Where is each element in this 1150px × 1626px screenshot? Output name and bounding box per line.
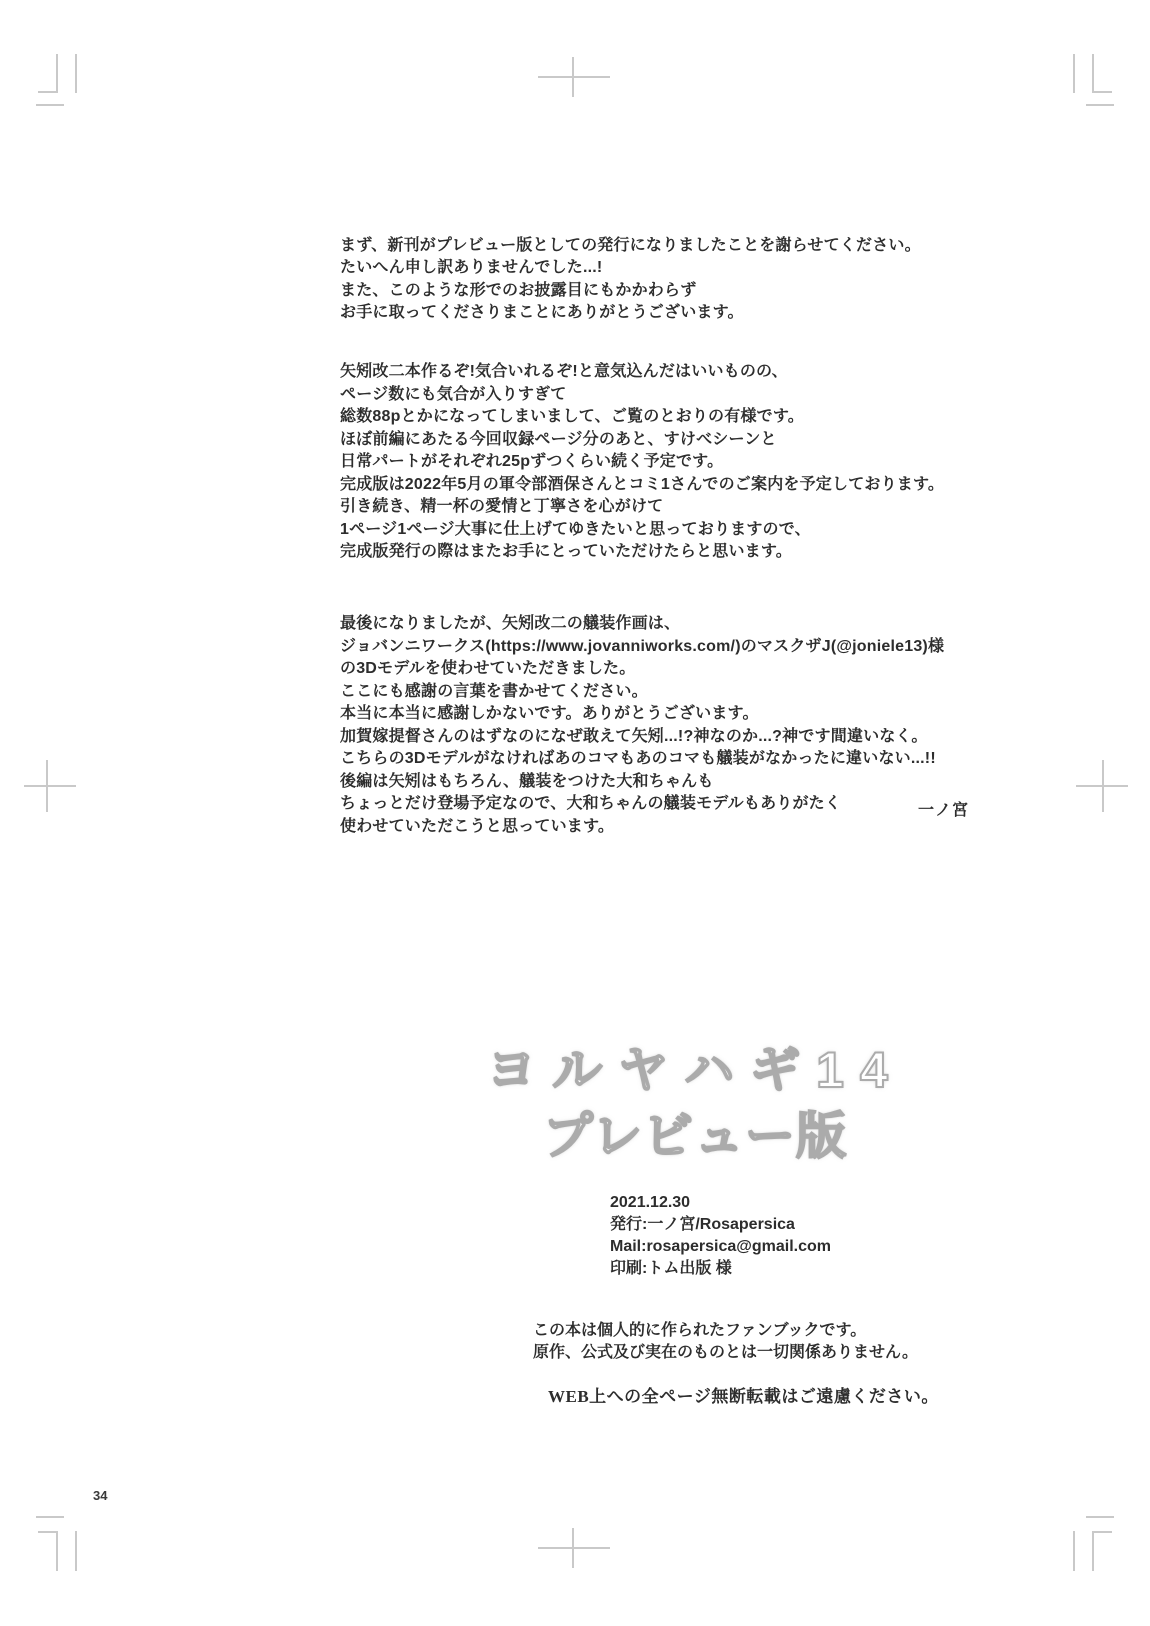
book-title: ヨルヤハギ14 プレビュー版 [420,1042,970,1164]
trim-mark-top-left [38,91,58,93]
trim-mark-top-right [1073,54,1075,93]
afterword-paragraph-credits: 最後になりましたが、矢矧改二の艤装作画は、 ジョバンニワークス(https://… [340,613,990,838]
afterword-text: まず、新刊がプレビュー版としての発行になりましたことを謝らせてください。 たいへ… [340,212,990,861]
doujinshi-afterword-page: まず、新刊がプレビュー版としての発行になりましたことを謝らせてください。 たいへ… [0,0,1150,1626]
trim-mark-bottom-left [75,1531,77,1571]
author-signature: 一ノ宮 [918,797,969,820]
fanbook-disclaimer: この本は個人的に作られたファンブックです。 原作、公式及び実在のものとは一切関係… [533,1320,918,1364]
afterword-paragraph-book-plan: 矢矧改二本作るぞ!気合いれるぞ!と意気込んだはいいものの、 ページ数にも気合が入… [340,361,990,564]
trim-mark-bottom-right [1092,1531,1094,1571]
trim-mark-top-left [36,104,64,106]
trim-mark-bottom-right [1073,1531,1075,1571]
trim-mark-right-center [1102,760,1104,812]
trim-mark-top-center [572,57,574,97]
trim-mark-bottom-right [1086,1516,1114,1518]
page-number: 34 [93,1488,107,1503]
trim-mark-bottom-left [56,1531,58,1571]
book-title-line-1: ヨルヤハギ14 [420,1042,970,1098]
web-reproduction-notice: WEB上への全ページ無断転載はご遠慮ください。 [548,1382,939,1407]
trim-mark-bottom-right [1092,1531,1112,1533]
trim-mark-bottom-left [36,1516,64,1518]
trim-mark-top-right [1092,54,1094,93]
trim-mark-bottom-left [38,1531,58,1533]
book-title-line-2: プレビュー版 [420,1108,970,1164]
trim-mark-bottom-center [572,1528,574,1568]
trim-mark-top-right [1092,91,1112,93]
publication-info: 2021.12.30 発行:一ノ宮/Rosapersica Mail:rosap… [610,1192,831,1280]
afterword-paragraph-apology: まず、新刊がプレビュー版としての発行になりましたことを謝らせてください。 たいへ… [340,235,990,325]
trim-mark-top-left [56,54,58,93]
trim-mark-bottom-center [538,1547,610,1549]
trim-mark-top-center [538,76,610,78]
trim-mark-left-center [24,785,76,787]
trim-mark-top-right [1086,104,1114,106]
trim-mark-top-left [75,54,77,93]
trim-mark-left-center [46,760,48,812]
